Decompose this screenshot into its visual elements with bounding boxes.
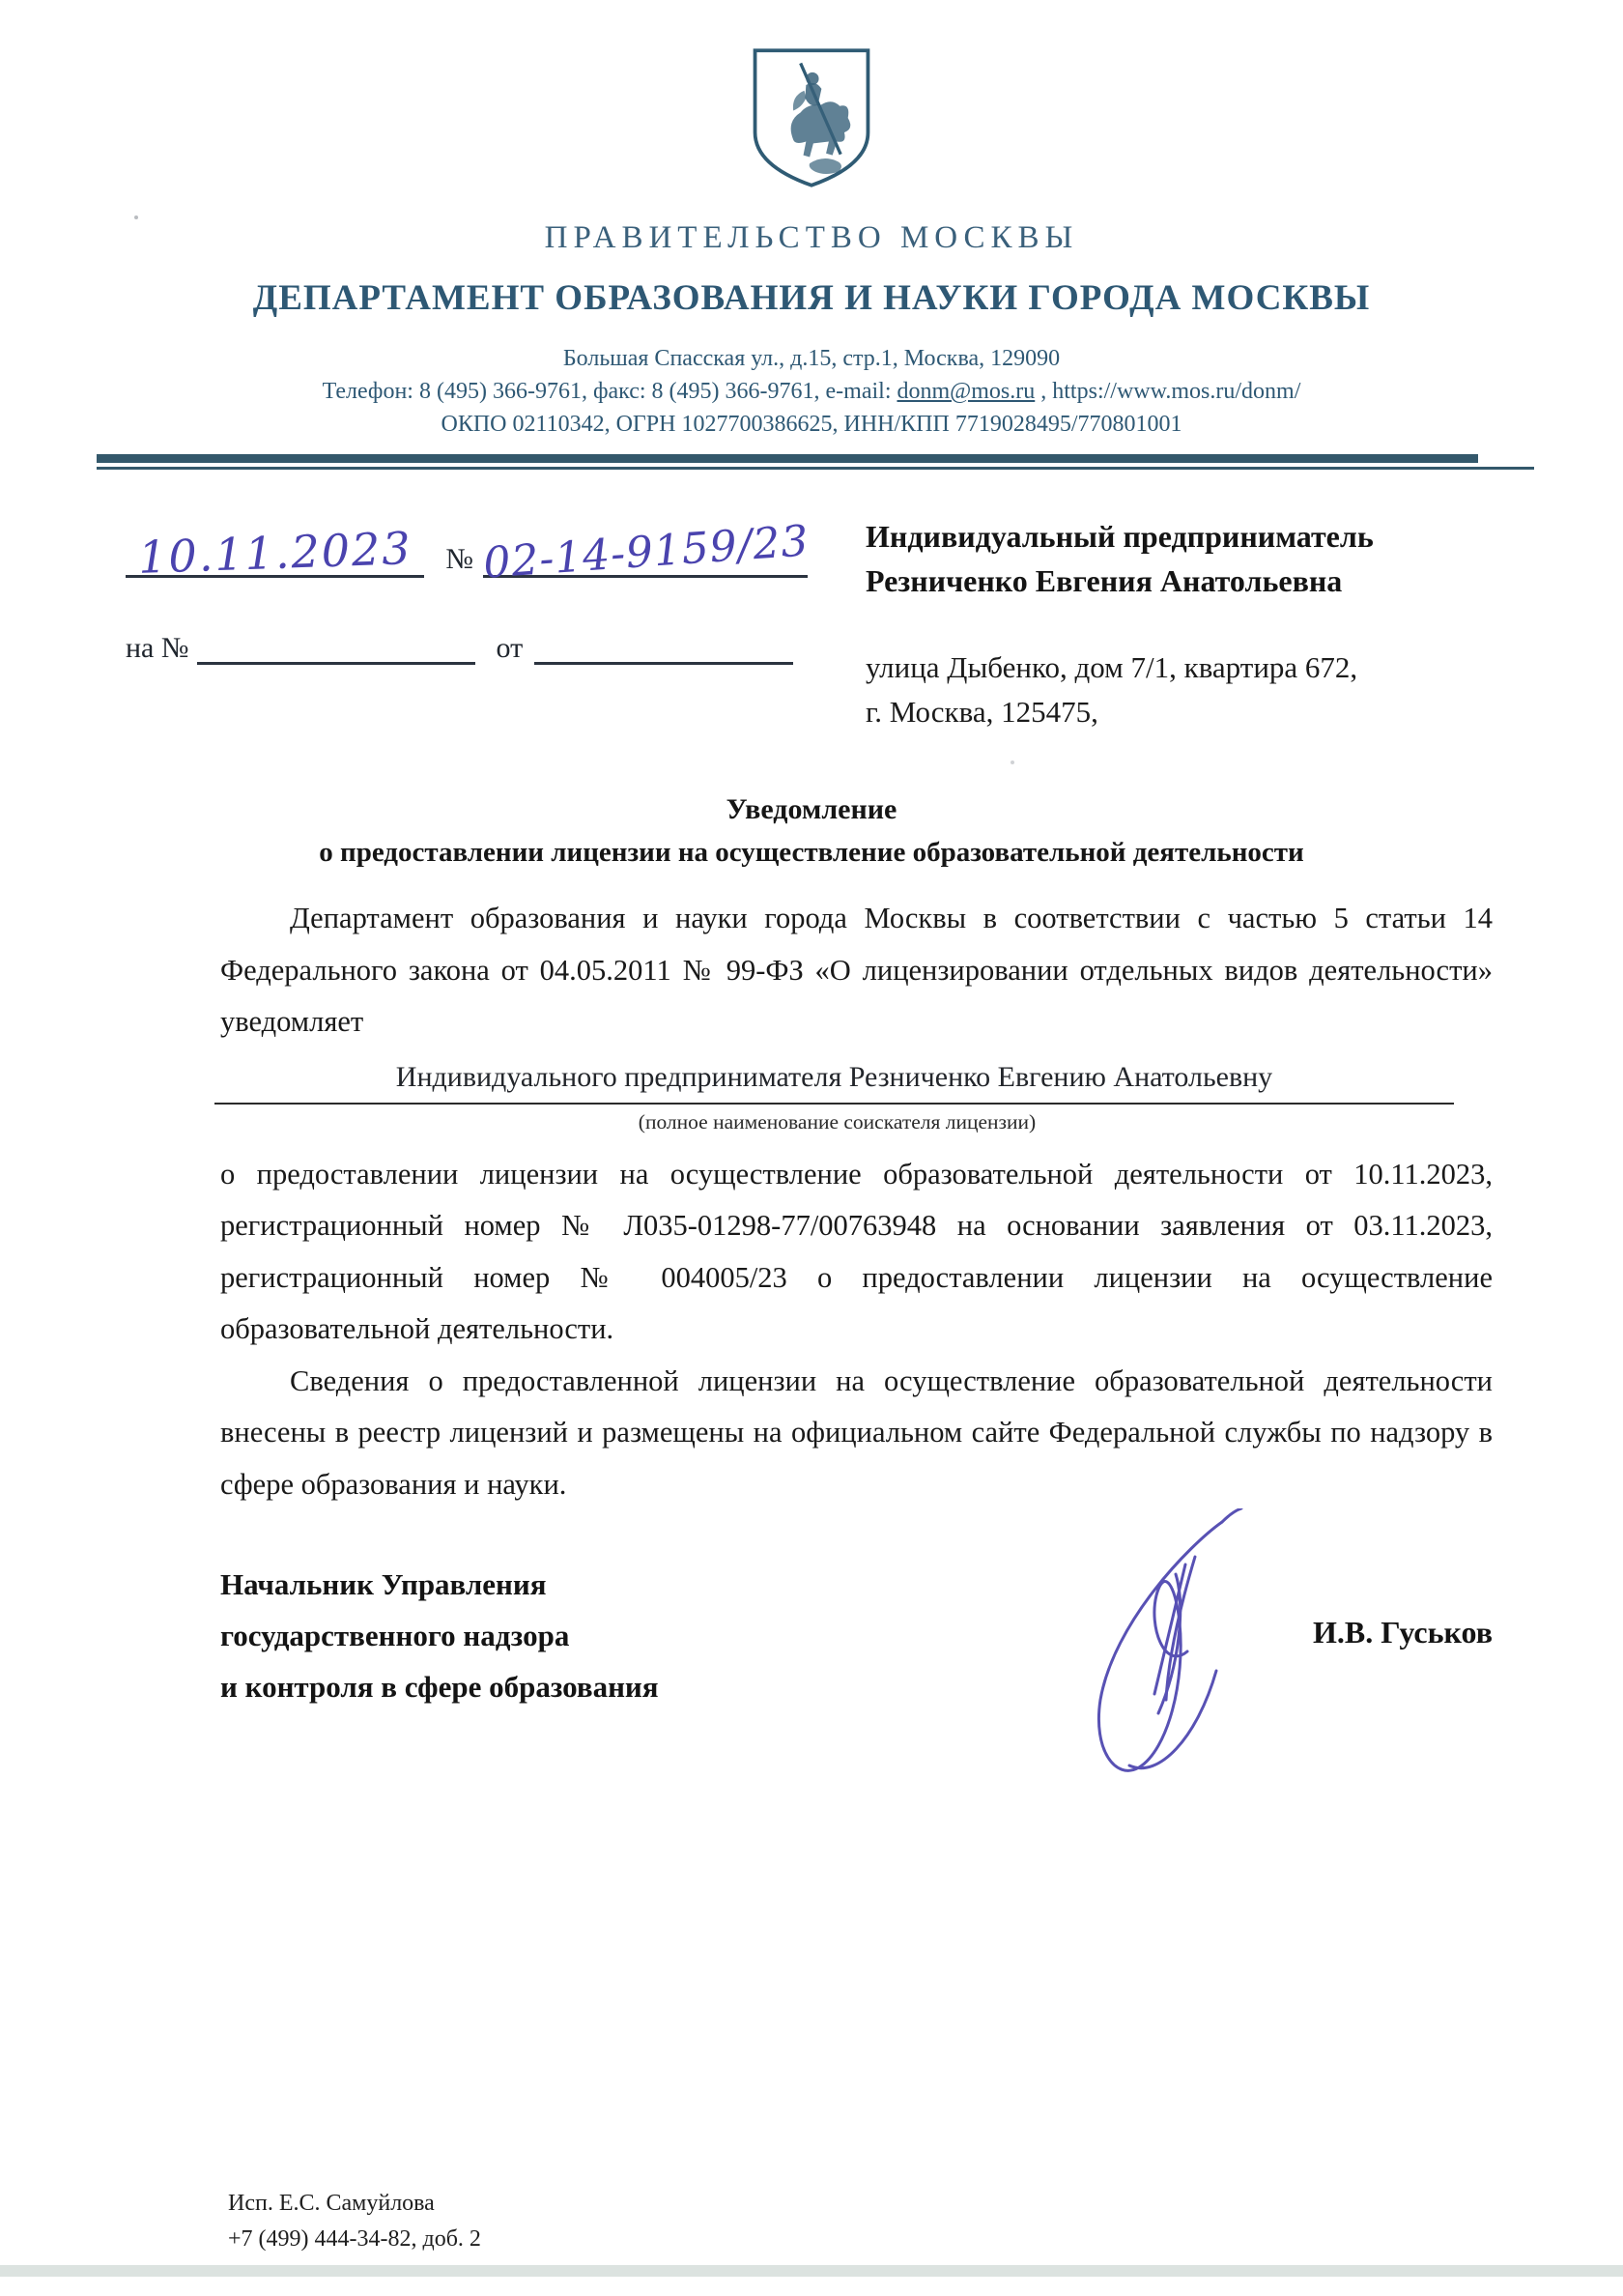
recipient-address: улица Дыбенко, дом 7/1, квартира 672, г.… bbox=[866, 646, 1494, 734]
contact-prefix: Телефон: 8 (495) 366-9761, факс: 8 (495)… bbox=[323, 379, 897, 404]
reply-number-blank bbox=[197, 662, 475, 665]
reply-reference-row: на № от bbox=[126, 626, 808, 665]
applicant-name-line: Индивидуального предпринимателя Резничен… bbox=[214, 1056, 1454, 1105]
scan-speck bbox=[134, 215, 138, 219]
recipient-name: Индивидуальный предприниматель Резниченк… bbox=[866, 514, 1494, 603]
reference-fields: 10.11.2023 № 02-14-9159/23 на № от bbox=[126, 502, 808, 734]
moscow-coat-of-arms-icon bbox=[748, 44, 875, 191]
reference-and-recipient: 10.11.2023 № 02-14-9159/23 на № от Индив… bbox=[126, 502, 1494, 734]
reply-number-label: на № bbox=[126, 632, 189, 665]
recipient-address-line2: г. Москва, 125475, bbox=[866, 690, 1494, 734]
recipient-name-line2: Резниченко Евгения Анатольевна bbox=[866, 559, 1494, 603]
recipient-block: Индивидуальный предприниматель Резниченк… bbox=[808, 502, 1494, 734]
recipient-name-line1: Индивидуальный предприниматель bbox=[866, 514, 1494, 559]
department-title: ДЕПАРТАМЕНТ ОБРАЗОВАНИЯ И НАУКИ ГОРОДА М… bbox=[0, 277, 1623, 319]
signer-position-line1: Начальник Управления bbox=[220, 1559, 659, 1610]
contact-suffix: , https://www.mos.ru/donm/ bbox=[1035, 379, 1300, 404]
document-title-line1: Уведомление bbox=[0, 789, 1623, 831]
contact-line: Телефон: 8 (495) 366-9761, факс: 8 (495)… bbox=[0, 375, 1623, 408]
body-paragraph-1: Департамент образования и науки города М… bbox=[220, 893, 1493, 1048]
executor-block: Исп. Е.С. Самуйлова +7 (499) 444-34-82, … bbox=[228, 2186, 481, 2257]
government-title: ПРАВИТЕЛЬСТВО МОСКВЫ bbox=[0, 220, 1623, 256]
handwritten-signature-icon bbox=[1069, 1508, 1263, 1794]
letterhead-divider-thin bbox=[97, 467, 1534, 470]
date-number-row: 10.11.2023 № 02-14-9159/23 bbox=[126, 502, 808, 578]
executor-phone: +7 (499) 444-34-82, доб. 2 bbox=[228, 2222, 481, 2257]
letterhead-contacts: Большая Спасская ул., д.15, стр.1, Москв… bbox=[0, 342, 1623, 441]
signer-position: Начальник Управления государственного на… bbox=[220, 1559, 659, 1712]
document-page: ПРАВИТЕЛЬСТВО МОСКВЫ ДЕПАРТАМЕНТ ОБРАЗОВ… bbox=[0, 0, 1623, 2296]
letterhead: ПРАВИТЕЛЬСТВО МОСКВЫ ДЕПАРТАМЕНТ ОБРАЗОВ… bbox=[0, 0, 1623, 470]
executor-name: Исп. Е.С. Самуйлова bbox=[228, 2186, 481, 2222]
document-title-line2: о предоставлении лицензии на осуществлен… bbox=[0, 831, 1623, 874]
scan-speck bbox=[1011, 761, 1014, 764]
registration-codes: ОКПО 02110342, ОГРН 1027700386625, ИНН/К… bbox=[0, 408, 1623, 441]
signature-block: Начальник Управления государственного на… bbox=[220, 1559, 1493, 1712]
signer-position-line3: и контроля в сфере образования bbox=[220, 1661, 659, 1712]
letterhead-divider-thick bbox=[97, 454, 1478, 463]
document-body: Департамент образования и науки города М… bbox=[220, 893, 1493, 1510]
email-text: donm@mos.ru bbox=[897, 379, 1035, 404]
signer-name: И.В. Гуськов bbox=[1313, 1615, 1493, 1712]
body-paragraph-3: Сведения о предоставленной лицензии на о… bbox=[220, 1356, 1493, 1511]
number-sign-label: № bbox=[445, 543, 473, 576]
reply-from-label: от bbox=[497, 632, 524, 665]
postal-address: Большая Спасская ул., д.15, стр.1, Москв… bbox=[0, 342, 1623, 375]
scan-edge-band bbox=[0, 2265, 1623, 2277]
recipient-address-line1: улица Дыбенко, дом 7/1, квартира 672, bbox=[866, 646, 1494, 690]
handwritten-number: 02-14-9159/23 bbox=[482, 516, 811, 588]
reply-date-blank bbox=[534, 662, 793, 665]
body-paragraph-2: о предоставлении лицензии на осуществлен… bbox=[220, 1149, 1493, 1356]
signer-position-line2: государственного надзора bbox=[220, 1610, 659, 1661]
applicant-caption: (полное наименование соискателя лицензии… bbox=[220, 1106, 1454, 1137]
document-title: Уведомление о предоставлении лицензии на… bbox=[0, 789, 1623, 874]
outgoing-number-field: 02-14-9159/23 bbox=[483, 526, 808, 578]
handwritten-date: 10.11.2023 bbox=[137, 522, 413, 584]
date-field: 10.11.2023 bbox=[126, 523, 424, 578]
